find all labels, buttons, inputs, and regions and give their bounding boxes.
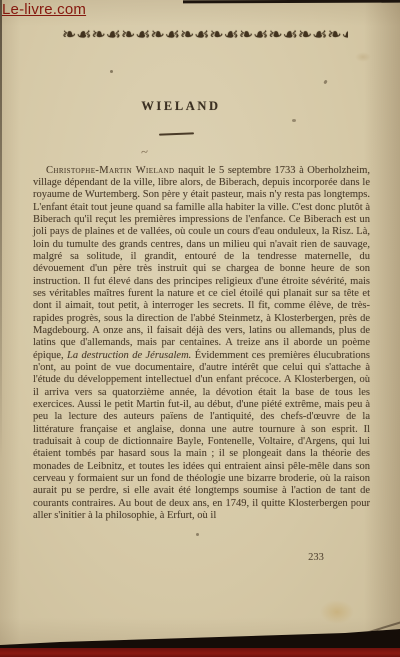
scanned-book-page-photo: ❧☙❧☙❧☙❧☙❧☙❧☙❧☙❧☙❧☙❧☙❧☙❧☙❧☙ WIELAND ~ Chr…: [0, 0, 400, 657]
floral-vine-ornament-band: ❧☙❧☙❧☙❧☙❧☙❧☙❧☙❧☙❧☙❧☙❧☙❧☙❧☙: [62, 24, 348, 46]
chapter-title: WIELAND: [33, 99, 329, 114]
stain-blotch: [320, 600, 354, 624]
pen-mark: ~: [140, 144, 149, 161]
stain-spot: [196, 533, 199, 536]
scan-left-edge: [0, 0, 2, 460]
watermark-label: Le-livre.com: [2, 1, 86, 18]
book-page: ❧☙❧☙❧☙❧☙❧☙❧☙❧☙❧☙❧☙❧☙❧☙❧☙❧☙ WIELAND ~ Chr…: [0, 0, 400, 657]
book-cover-edge: [0, 648, 400, 657]
stain-blotch: [355, 52, 371, 62]
stain-spot: [110, 70, 113, 73]
page-number: 233: [296, 552, 336, 563]
stain-spot: [323, 80, 328, 85]
body-paragraph: Christophe-Martin Wieland naquit le 5 se…: [33, 165, 370, 523]
title-divider-rule: [159, 132, 194, 135]
stain-spot: [292, 119, 296, 122]
